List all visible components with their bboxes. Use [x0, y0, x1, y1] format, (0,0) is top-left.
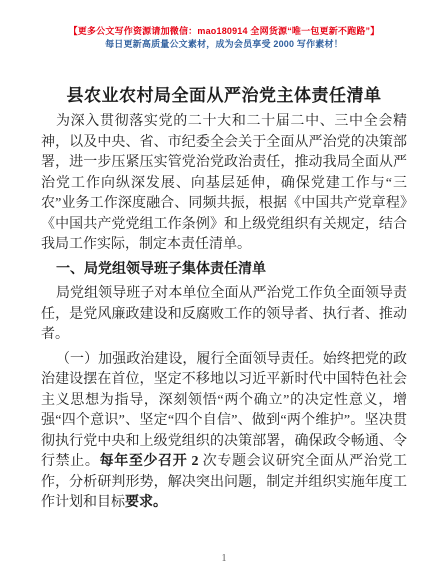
emphasized-text: 一、局党组领导班子集体责任清单: [56, 262, 266, 277]
paragraph: （一）加强政治建设，履行全面领导责任。始终把党的政治建设摆在首位，坚定不移地以习…: [41, 350, 407, 514]
emphasized-text: 要求。: [125, 495, 167, 510]
watermark: 【更多公文写作资源请加微信：mao180914 全网货源“唯一包更新不跑路”】 …: [0, 25, 448, 50]
watermark-line2: 每日更新高质量公文素材，成为会员享受 2000 写作素材！: [0, 38, 448, 50]
paragraph: 为深入贯彻落实党的二十大和二十届二中、三中全会精神，以及中央、省、市纪委全会关于…: [41, 112, 407, 256]
body-text: 为深入贯彻落实党的二十大和二十届二中、三中全会精神，以及中央、省、市纪委全会关于…: [41, 114, 407, 252]
watermark-line1: 【更多公文写作资源请加微信：mao180914 全网货源“唯一包更新不跑路”】: [0, 25, 448, 38]
body-text: 局党组领导班子对本单位全面从严治党工作负全面领导责任，是党风廉政建设和反腐败工作…: [41, 286, 407, 342]
document-title: 县农业农村局全面从严治党主体责任清单: [0, 81, 448, 106]
document-body: 为深入贯彻落实党的二十大和二十届二中、三中全会精神，以及中央、省、市纪委全会关于…: [41, 112, 407, 518]
page-number: 1: [0, 553, 448, 564]
paragraph: 局党组领导班子对本单位全面从严治党工作负全面领导责任，是党风廉政建设和反腐败工作…: [41, 284, 407, 346]
emphasized-text: 每年至少召开 2: [100, 454, 203, 469]
body-text: （一）加强政治建设，履行全面领导责任。始终把党的政治建设摆在首位，坚定不移地以习…: [41, 352, 407, 470]
document-page: 【更多公文写作资源请加微信：mao180914 全网货源“唯一包更新不跑路”】 …: [0, 0, 448, 580]
section-heading: 一、局党组领导班子集体责任清单: [41, 260, 407, 281]
